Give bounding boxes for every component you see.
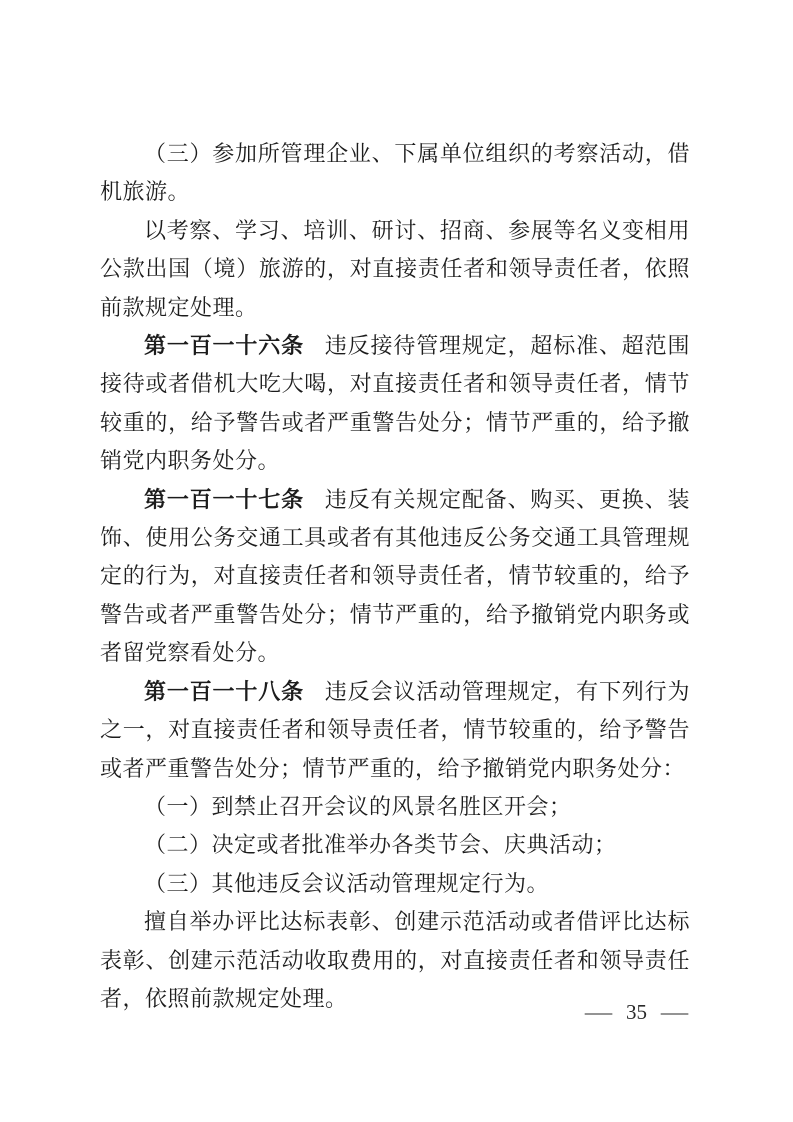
paragraph: （三）参加所管理企业、下属单位组织的考察活动，借机旅游。 xyxy=(100,135,690,212)
paragraph-text: 违反有关规定配备、购买、更换、装饰、使用公务交通工具或者有其他违反公务交通工具管… xyxy=(100,487,690,666)
article-number: 第一百一十八条 xyxy=(144,679,304,704)
footer-dash-left: — xyxy=(585,1000,612,1024)
footer-dash-right: — xyxy=(661,1000,688,1024)
article-number: 第一百一十六条 xyxy=(144,333,304,358)
paragraph: 第一百一十七条违反有关规定配备、购买、更换、装饰、使用公务交通工具或者有其他违反… xyxy=(100,481,690,673)
paragraph: （一）到禁止召开会议的风景名胜区开会； xyxy=(100,788,690,826)
paragraph-text: （一）到禁止召开会议的风景名胜区开会； xyxy=(144,794,572,819)
paragraph: 第一百一十六条违反接待管理规定，超标准、超范围接待或者借机大吃大喝，对直接责任者… xyxy=(100,327,690,481)
paragraph-text: （三）参加所管理企业、下属单位组织的考察活动，借机旅游。 xyxy=(100,141,690,204)
paragraph: 以考察、学习、培训、研讨、招商、参展等名义变相用公款出国（境）旅游的，对直接责任… xyxy=(100,212,690,327)
paragraph: 第一百一十八条违反会议活动管理规定，有下列行为之一，对直接责任者和领导责任者，情… xyxy=(100,673,690,788)
page-number: 35 xyxy=(626,1000,647,1024)
document-page: （三）参加所管理企业、下属单位组织的考察活动，借机旅游。 以考察、学习、培训、研… xyxy=(0,0,793,1122)
paragraph-text: 以考察、学习、培训、研讨、招商、参展等名义变相用公款出国（境）旅游的，对直接责任… xyxy=(100,218,690,320)
paragraph-text: （二）决定或者批准举办各类节会、庆典活动； xyxy=(144,832,617,857)
paragraph-text: 擅自举办评比达标表彰、创建示范活动或者借评比达标表彰、创建示范活动收取费用的，对… xyxy=(100,909,690,1011)
article-number: 第一百一十七条 xyxy=(144,487,304,512)
page-footer: — 35 — xyxy=(588,1000,685,1024)
paragraph-text: （三）其他违反会议活动管理规定行为。 xyxy=(144,871,549,896)
paragraph: （二）决定或者批准举办各类节会、庆典活动； xyxy=(100,826,690,864)
paragraph: （三）其他违反会议活动管理规定行为。 xyxy=(100,865,690,903)
text-block: （三）参加所管理企业、下属单位组织的考察活动，借机旅游。 以考察、学习、培训、研… xyxy=(100,135,690,1018)
